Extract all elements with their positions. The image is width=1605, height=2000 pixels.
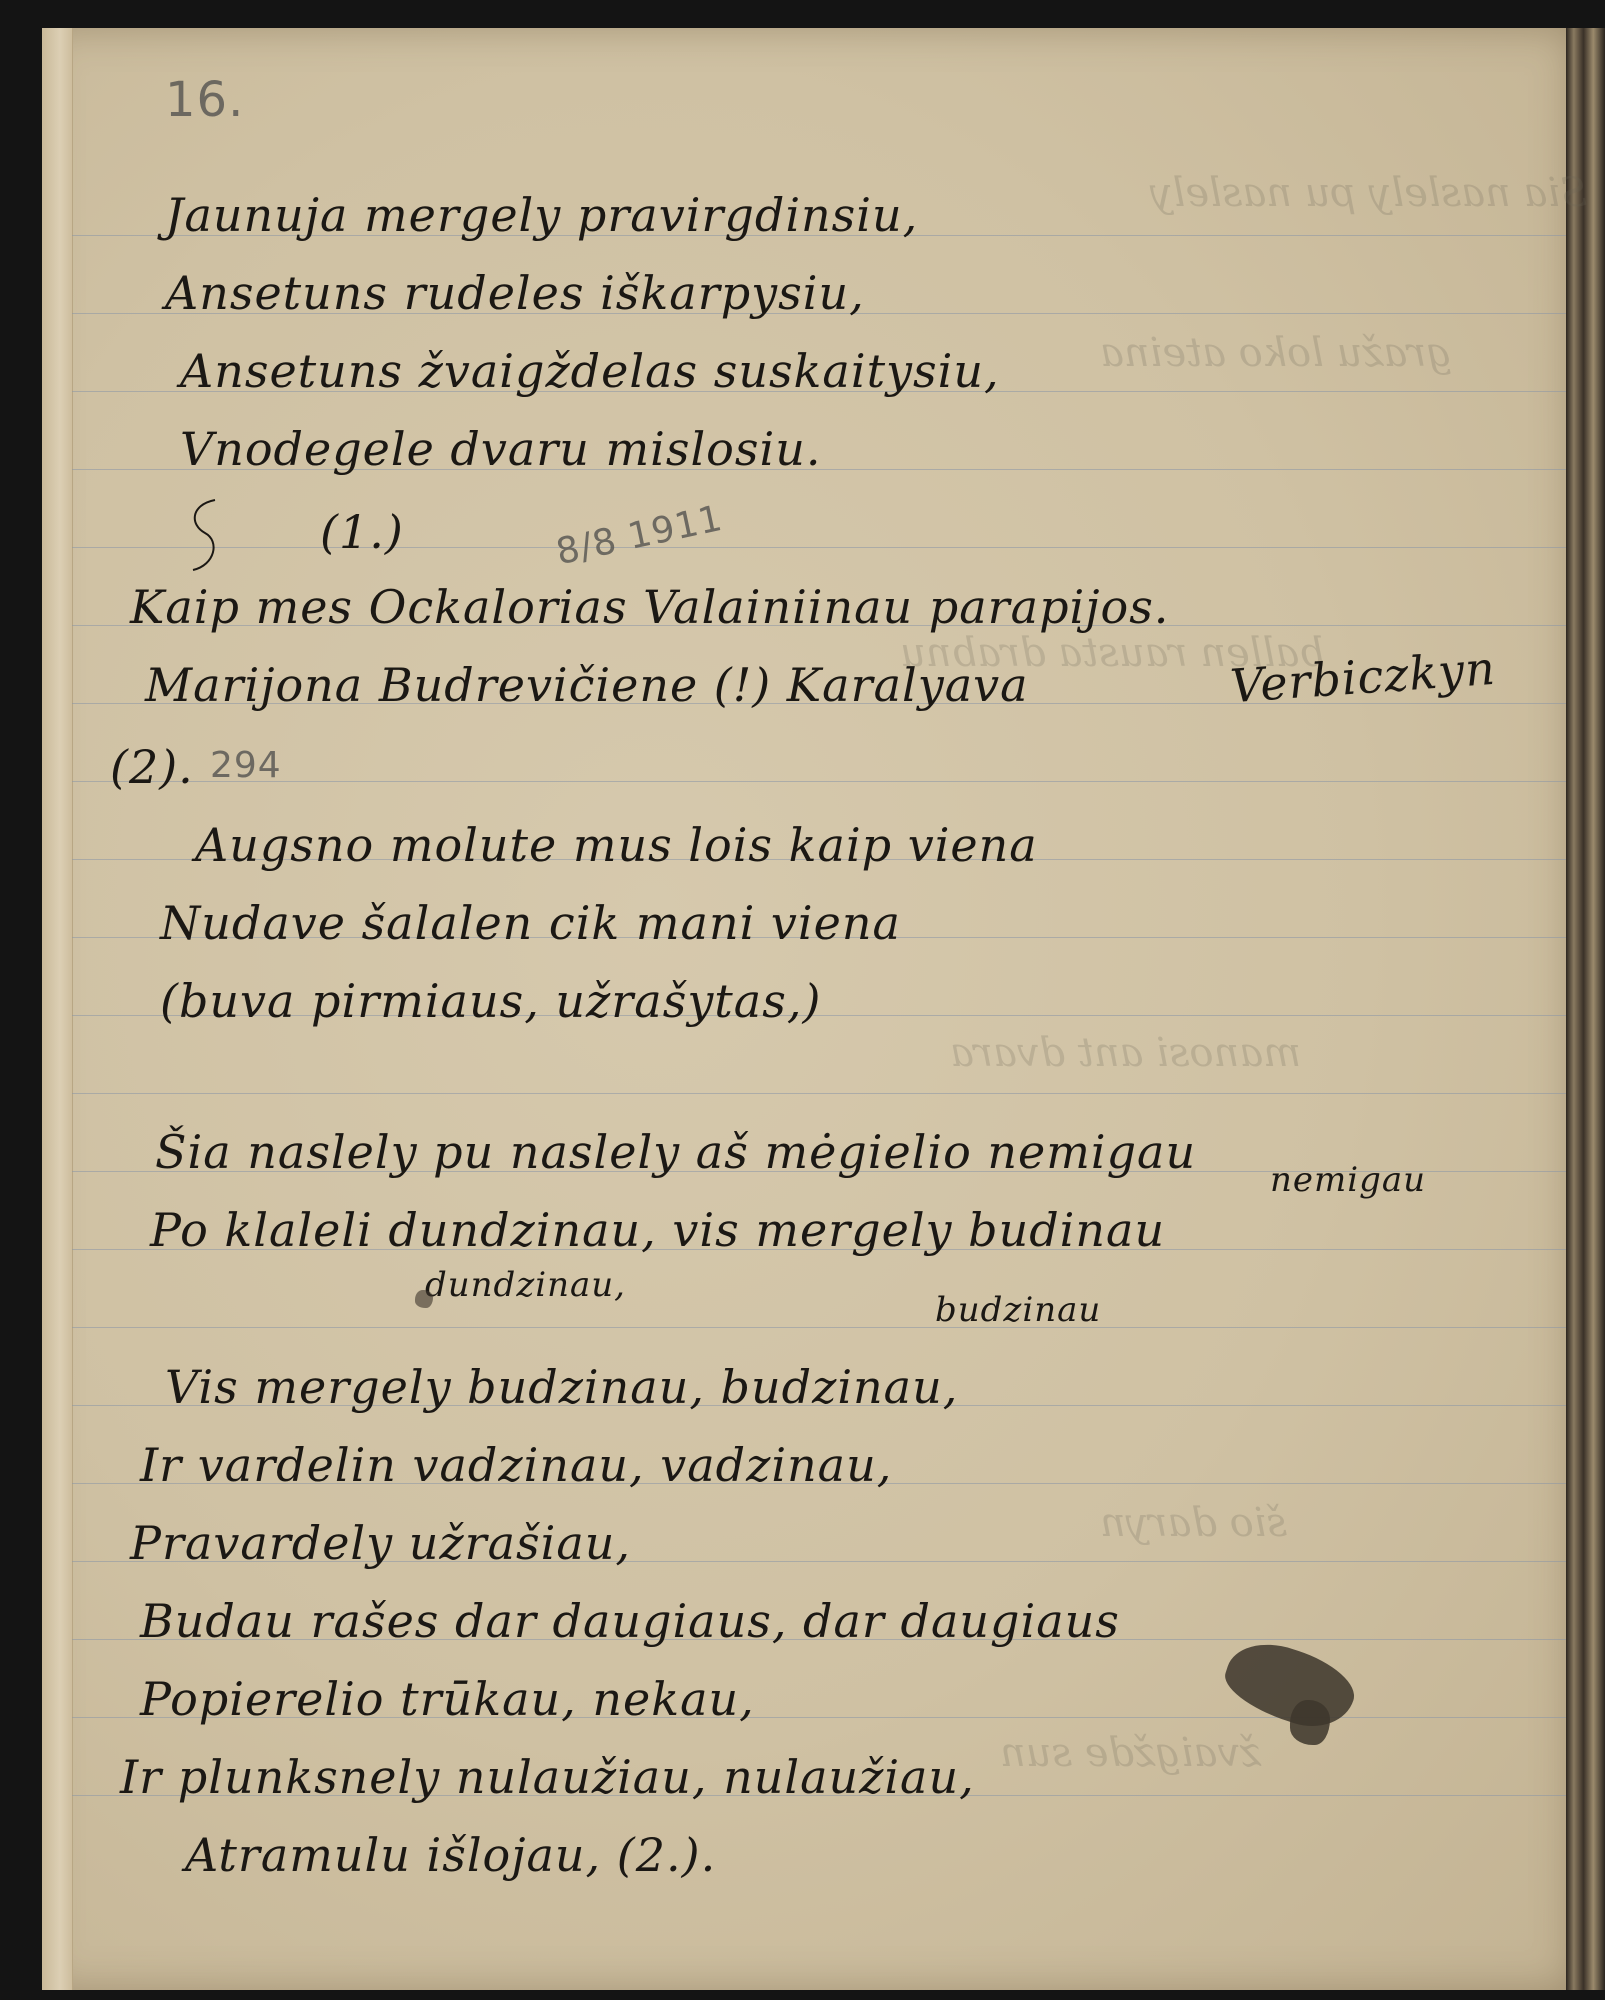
book-gutter [1566, 28, 1605, 1990]
verse-line: Ansetuns rudeles iškarpysiu, [165, 266, 865, 320]
verse-line: Vis mergely budzinau, budzinau, [165, 1360, 958, 1414]
interlinear-note: dundzinau, [425, 1265, 626, 1305]
verse-line: Popierelio trūkau, nekau, [140, 1672, 755, 1726]
bleed-through-text: žvaigžde sun [1000, 1730, 1261, 1776]
interlinear-note: nemigau [1270, 1160, 1426, 1200]
ink-spot [415, 1290, 433, 1308]
bleed-through-text: manosi ant dvara [950, 1030, 1301, 1076]
verse-line: Budau rašes dar daugiaus, dar daugiaus [140, 1594, 1120, 1648]
verse-line: Nudave šalalen cik mani viena [160, 896, 901, 950]
verse-line: Pravardely užrašiau, [130, 1516, 631, 1570]
ruled-line [72, 1327, 1566, 1328]
attribution-line: Marijona Budrevičiene (!) Karalyava [145, 658, 1029, 712]
ruled-line [72, 547, 1566, 548]
verse-line: Jaunuja mergely pravirgdinsiu, [165, 188, 918, 242]
bleed-through-text: Sia naslely pu naslely [1150, 170, 1588, 216]
verse-end-mark: (1.) [320, 505, 404, 559]
ink-blot [1290, 1700, 1330, 1745]
bleed-through-text: gražu loko ateina [1100, 330, 1452, 376]
reference-mark: (2). [110, 740, 194, 794]
verse-note: (buva pirmiaus, užrašytas,) [160, 974, 821, 1028]
page-left-fold [42, 28, 73, 1990]
verse-line: Ir plunksnely nulaužiau, nulaužiau, [120, 1750, 975, 1804]
reference-number: 294 [210, 745, 282, 786]
ruled-line [72, 781, 1566, 782]
ruled-line [72, 1093, 1566, 1094]
verse-line: Šia naslely pu naslely aš mėgielio nemig… [155, 1125, 1196, 1179]
section-bracket-icon [185, 495, 225, 575]
verse-line: Vnodegele dvaru mislosiu. [180, 422, 821, 476]
verse-line: Augsno molute mus lois kaip viena [195, 818, 1038, 872]
interlinear-note: budzinau [935, 1290, 1101, 1330]
verse-line: Ir vardelin vadzinau, vadzinau, [140, 1438, 892, 1492]
page-number: 16. [165, 72, 244, 128]
attribution-line: Kaip mes Ockalorias Valainiinau parapijo… [130, 580, 1169, 634]
bleed-through-text: šio daryn [1100, 1500, 1287, 1546]
verse-line: Ansetuns žvaigždelas suskaitysiu, [180, 344, 1000, 398]
verse-line: Po klaleli dundzinau, vis mergely budina… [150, 1203, 1165, 1257]
verse-line: Atramulu išlojau, (2.). [185, 1828, 716, 1882]
